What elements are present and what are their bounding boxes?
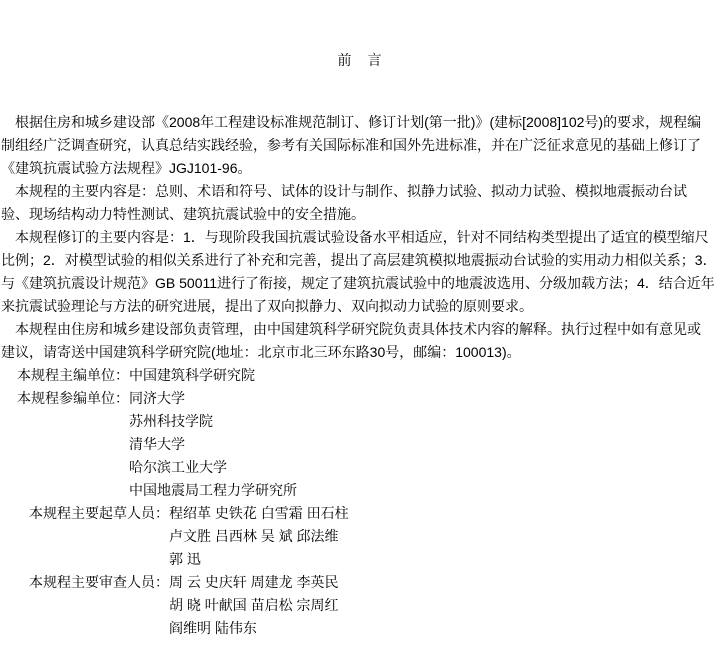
credit-value: 卢文胜 吕西林 吴 斌 邱法维 <box>169 525 339 548</box>
paragraph-line: 制组经广泛调查研究，认真总结实践经验，参考有关国际标准和国外先进标准，并在广泛征… <box>1 134 720 157</box>
credit-label-spacer <box>29 525 169 548</box>
credit-row: 苏州科技学院 <box>1 410 720 433</box>
credit-value: 周 云 史庆轩 周建龙 李英民 <box>169 571 339 594</box>
paragraph-line: 根据住房和城乡建设部《2008年工程建设标准规范制订、修订计划(第一批)》(建标… <box>1 111 720 134</box>
document-body: 根据住房和城乡建设部《2008年工程建设标准规范制订、修订计划(第一批)》(建标… <box>0 111 720 640</box>
credit-row: 胡 晓 叶献国 苗启松 宗周红 <box>1 594 720 617</box>
credit-row: 清华大学 <box>1 433 720 456</box>
credit-label-spacer <box>17 479 129 502</box>
paragraph-line: 建议，请寄送中国建筑科学研究院(地址：北京市北三环东路30号，邮编：100013… <box>1 341 720 364</box>
credit-label-spacer <box>29 548 169 571</box>
credit-row: 本规程参编单位： 同济大学 <box>1 387 720 410</box>
credit-row: 郭 迅 <box>1 548 720 571</box>
credit-value: 苏州科技学院 <box>129 410 213 433</box>
credit-value: 哈尔滨工业大学 <box>129 456 227 479</box>
paragraph-line: 《建筑抗震试验方法规程》JGJ101-96。 <box>1 157 720 180</box>
credit-label-spacer <box>29 594 169 617</box>
credit-row: 本规程主要审查人员： 周 云 史庆轩 周建龙 李英民 <box>1 571 720 594</box>
credit-value: 胡 晓 叶献国 苗启松 宗周红 <box>169 594 339 617</box>
credit-label: 本规程参编单位： <box>17 387 129 410</box>
paragraph-line: 比例；2．对模型试验的相似关系进行了补充和完善，提出了高层建筑模拟地震振动台试验… <box>1 249 720 272</box>
credit-row: 卢文胜 吕西林 吴 斌 邱法维 <box>1 525 720 548</box>
credit-row: 本规程主编单位： 中国建筑科学研究院 <box>1 364 720 387</box>
credit-label-spacer <box>17 456 129 479</box>
credit-value: 中国地震局工程力学研究所 <box>129 479 297 502</box>
paragraph-line: 与《建筑抗震设计规范》GB 50011进行了衔接，规定了建筑抗震试验中的地震波选… <box>1 272 720 295</box>
paragraph-line: 来抗震试验理论与方法的研究进展，提出了双向拟静力、双向拟动力试验的原则要求。 <box>1 295 720 318</box>
credit-value: 中国建筑科学研究院 <box>129 364 255 387</box>
paragraph-line: 本规程由住房和城乡建设部负责管理，由中国建筑科学研究院负责具体技术内容的解释。执… <box>1 318 720 341</box>
credit-value: 程绍革 史铁花 白雪霜 田石柱 <box>169 502 349 525</box>
page-title: 前 言 <box>0 49 720 72</box>
credit-row: 中国地震局工程力学研究所 <box>1 479 720 502</box>
credit-label-spacer <box>17 433 129 456</box>
credit-row: 哈尔滨工业大学 <box>1 456 720 479</box>
credit-label-spacer <box>17 410 129 433</box>
paragraph-line: 本规程修订的主要内容是：1．与现阶段我国抗震试验设备水平相适应，针对不同结构类型… <box>1 226 720 249</box>
credit-label-spacer <box>29 617 169 640</box>
credit-row: 本规程主要起草人员： 程绍革 史铁花 白雪霜 田石柱 <box>1 502 720 525</box>
paragraph-line: 本规程的主要内容是：总则、术语和符号、试体的设计与制作、拟静力试验、拟动力试验、… <box>1 180 720 203</box>
credit-value: 同济大学 <box>129 387 185 410</box>
credit-value: 郭 迅 <box>169 548 201 571</box>
credit-label: 本规程主编单位： <box>17 364 129 387</box>
document-page: { "page": { "title": "前 言", "text_color"… <box>0 0 720 669</box>
credit-value: 阎维明 陆伟东 <box>169 617 257 640</box>
paragraph-line: 验、现场结构动力特性测试、建筑抗震试验中的安全措施。 <box>1 203 720 226</box>
credit-row: 阎维明 陆伟东 <box>1 617 720 640</box>
credit-label: 本规程主要审查人员： <box>29 571 169 594</box>
credit-label: 本规程主要起草人员： <box>29 502 169 525</box>
credit-value: 清华大学 <box>129 433 185 456</box>
